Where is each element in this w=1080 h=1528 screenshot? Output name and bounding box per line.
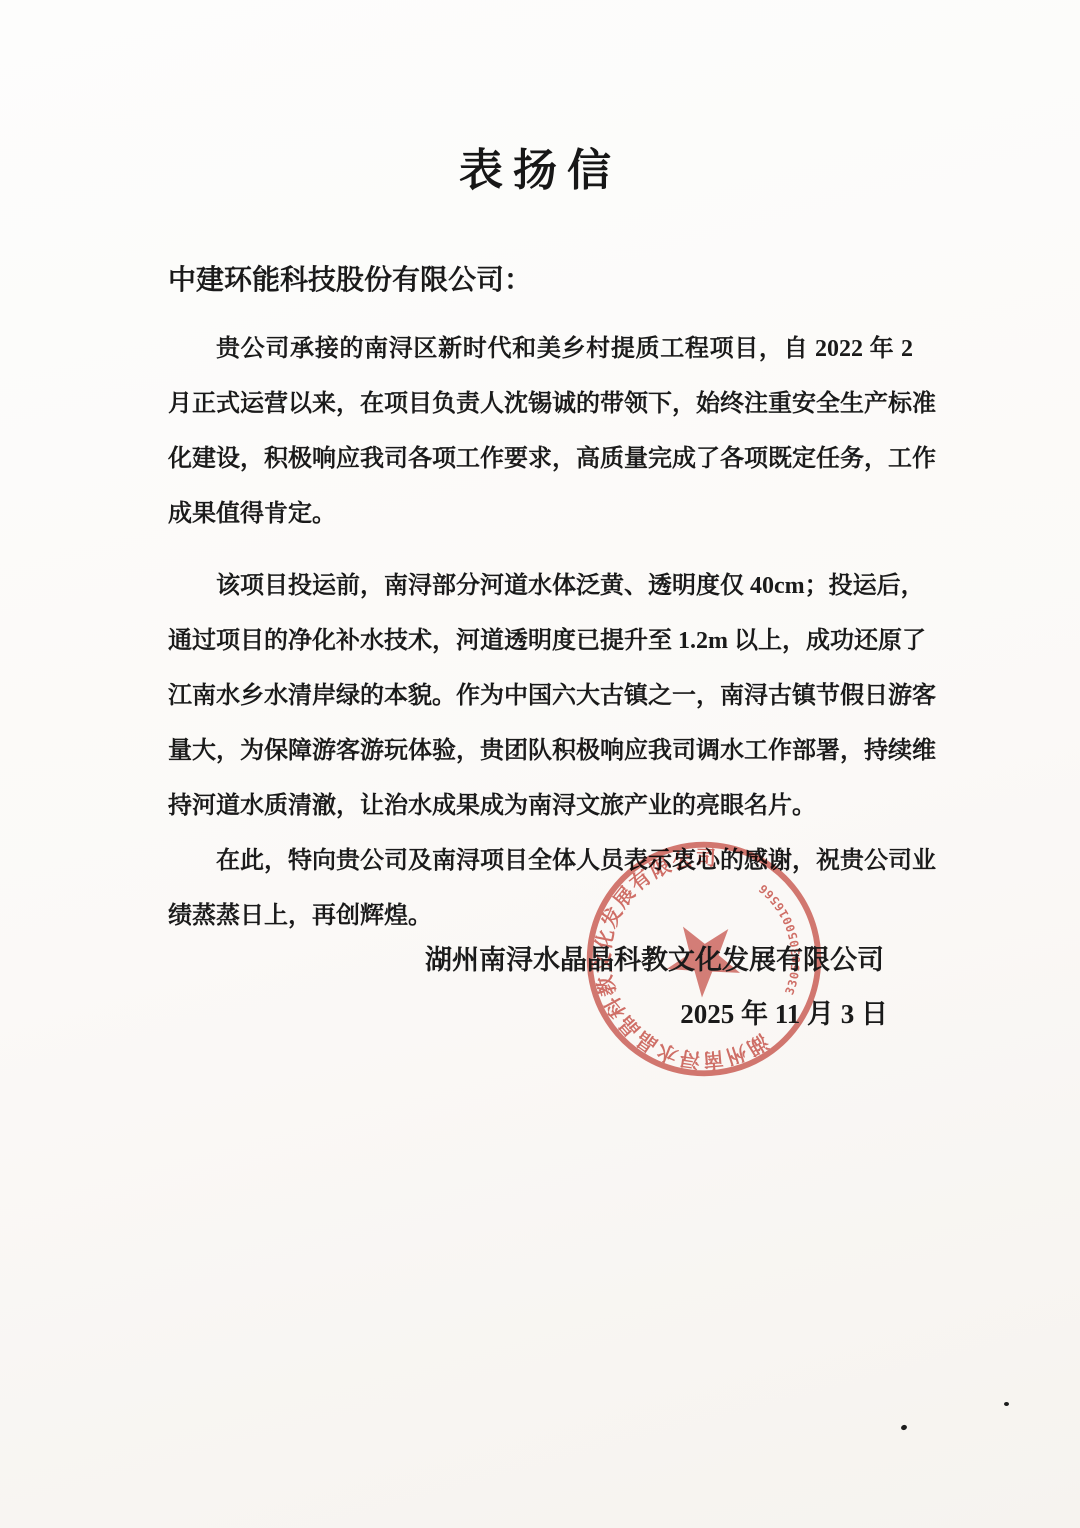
signature-company: 湖州南浔水晶晶科教文化发展有限公司 [425, 938, 884, 977]
body-line: 化建设，积极响应我司各项工作要求，高质量完成了各项既定任务，工作 [168, 432, 913, 487]
scan-speck [900, 1424, 907, 1431]
body-line: 月正式运营以来，在项目负责人沈锡诚的带领下，始终注重安全生产标准 [168, 377, 913, 432]
body-line: 贵公司承接的南浔区新时代和美乡村提质工程项目，自 2022 年 2 [168, 322, 913, 377]
body-line: 量大，为保障游客游玩体验，贵团队积极响应我司调水工作部署，持续维 [168, 724, 913, 779]
body-line: 通过项目的净化补水技术，河道透明度已提升至 1.2m 以上，成功还原了 [168, 614, 913, 669]
letter-date: 2025 年 11 月 3 日 [680, 992, 888, 1031]
body-line: 江南水乡水清岸绿的本貌。作为中国六大古镇之一，南浔古镇节假日游客 [168, 669, 913, 724]
letter-title: 表扬信 [0, 134, 1080, 198]
letter-page: 表扬信 中建环能科技股份有限公司： 贵公司承接的南浔区新时代和美乡村提质工程项目… [0, 0, 1080, 1528]
scan-speck [1004, 1402, 1009, 1406]
body-line: 该项目投运前，南浔部分河道水体泛黄、透明度仅 40cm；投运后， [168, 559, 913, 614]
body-line: 成果值得肯定。 [168, 487, 913, 542]
body-line: 持河道水质清澈，让治水成果成为南浔文旅产业的亮眼名片。 [168, 779, 913, 834]
addressee-company: 中建环能科技股份有限公司： [168, 258, 532, 298]
